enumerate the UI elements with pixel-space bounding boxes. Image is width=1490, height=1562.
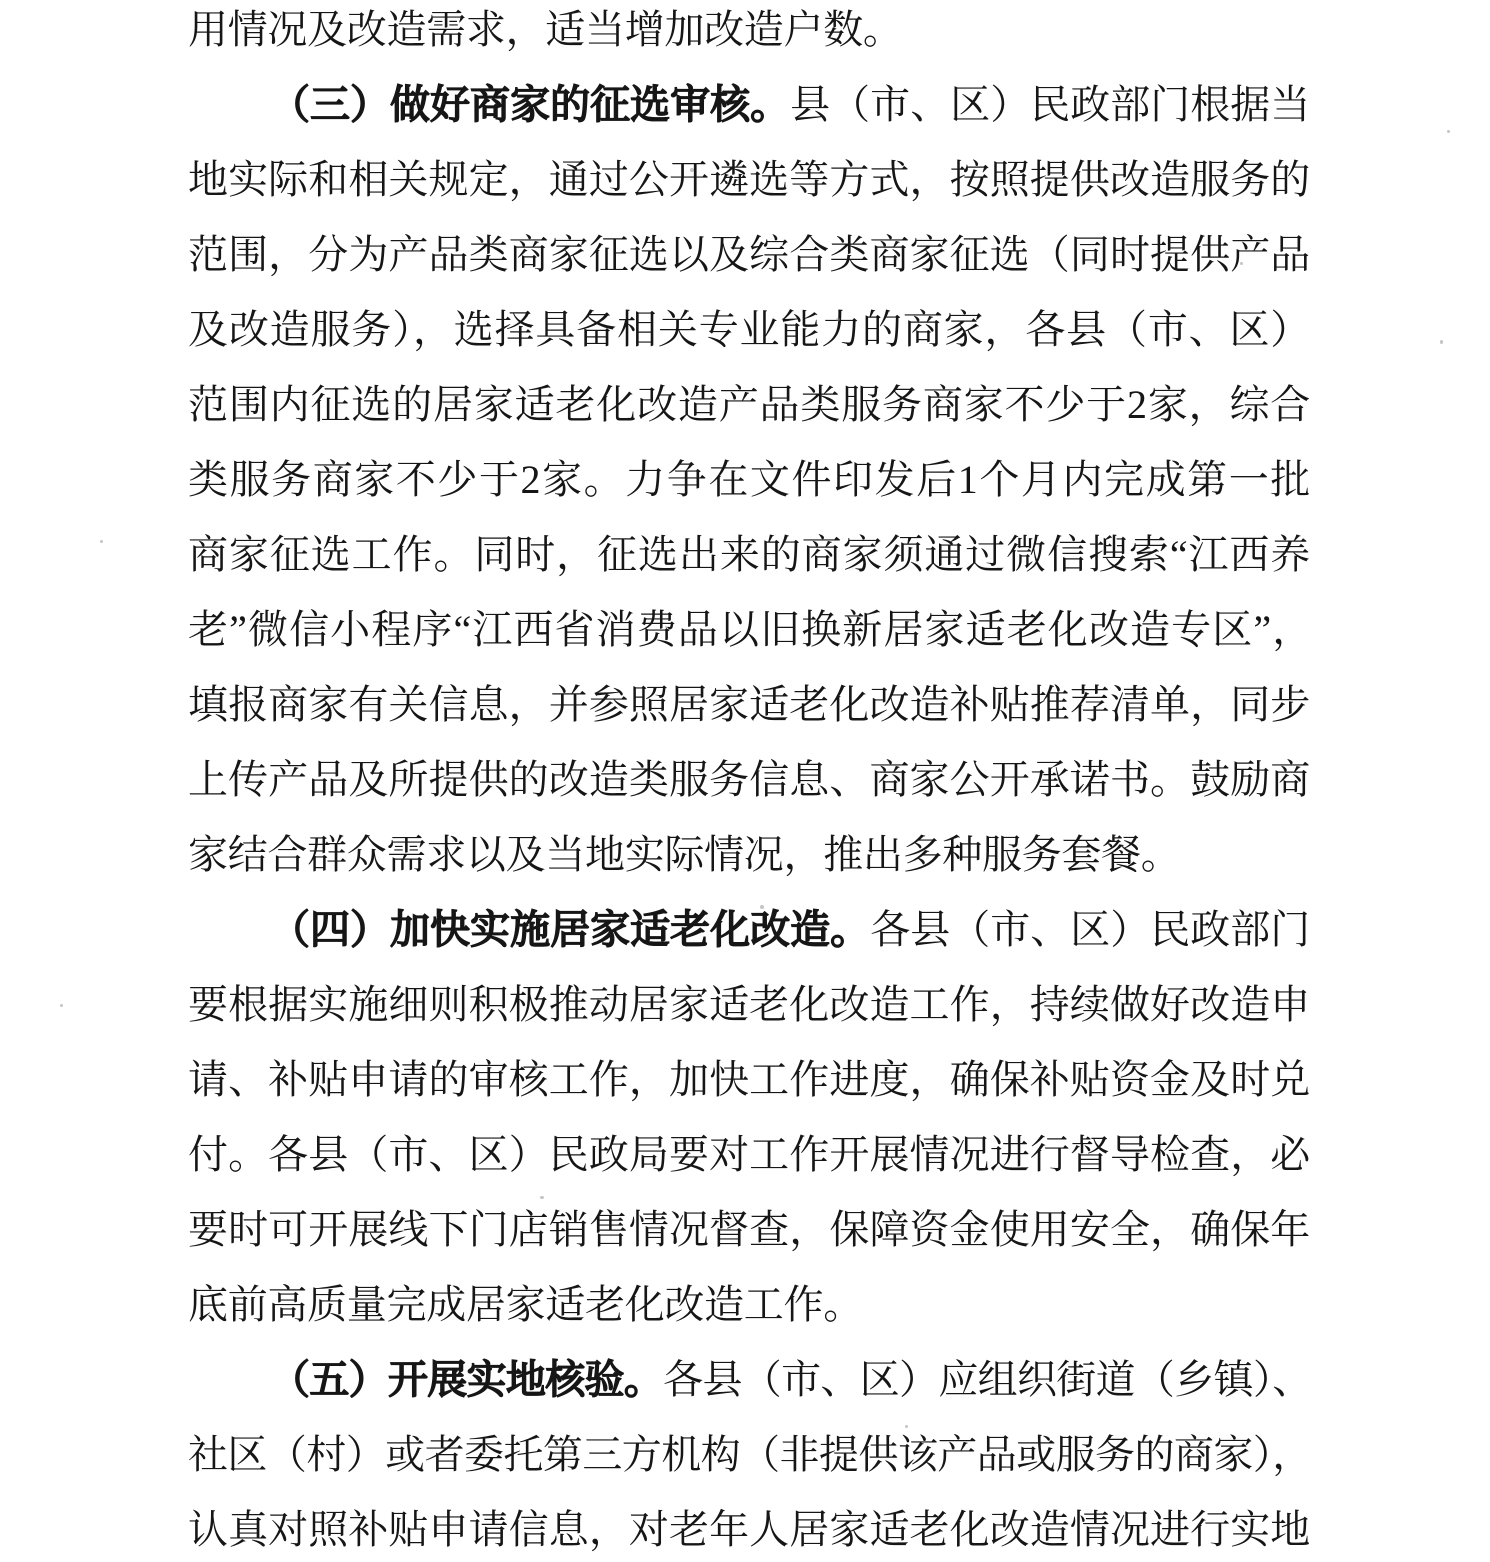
scan-speckle	[836, 318, 840, 321]
scan-speckle	[905, 1425, 908, 1428]
text-line: 老”微信小程序“江西省消费品以旧换新居家适老化改造专区”，	[188, 592, 1310, 667]
line-text: 各县（市、区）民政部门	[870, 907, 1310, 952]
line-text: 县（市、区）民政部门根据当	[790, 82, 1310, 127]
scan-speckle	[100, 540, 103, 543]
line-text: 社区（村）或者委托第三方机构（非提供该产品或服务的商家），	[188, 1432, 1310, 1477]
scan-speckle	[1240, 262, 1243, 265]
text-line-section-4-heading: （四）加快实施居家适老化改造。各县（市、区）民政部门	[188, 892, 1310, 967]
text-line: 社区（村）或者委托第三方机构（非提供该产品或服务的商家），	[188, 1417, 1310, 1492]
scan-speckle	[1440, 340, 1443, 344]
line-text: 要根据实施细则积极推动居家适老化改造工作，持续做好改造申	[188, 982, 1310, 1027]
text-line-section-3-heading: （三）做好商家的征选审核。县（市、区）民政部门根据当	[188, 67, 1310, 142]
text-line: 地实际和相关规定，通过公开遴选等方式，按照提供改造服务的	[188, 142, 1310, 217]
text-line: 认真对照补贴申请信息，对老年人居家适老化改造情况进行实地	[188, 1492, 1310, 1562]
document-text-block: 用情况及改造需求，适当增加改造户数。 （三）做好商家的征选审核。县（市、区）民政…	[188, 0, 1310, 1562]
line-text: 商家征选工作。同时，征选出来的商家须通过微信搜索“江西养	[188, 532, 1310, 577]
line-text: 各县（市、区）应组织街道（乡镇）、	[663, 1357, 1310, 1402]
text-line: 用情况及改造需求，适当增加改造户数。	[188, 0, 1310, 67]
scan-speckle	[60, 1004, 63, 1007]
text-line: 及改造服务），选择具备相关专业能力的商家，各县（市、区）	[188, 292, 1310, 367]
line-text: 认真对照补贴申请信息，对老年人居家适老化改造情况进行实地	[188, 1507, 1310, 1552]
text-line: 要根据实施细则积极推动居家适老化改造工作，持续做好改造申	[188, 967, 1310, 1042]
line-text: 付。各县（市、区）民政局要对工作开展情况进行督导检查，必	[188, 1132, 1310, 1177]
text-line: 范围，分为产品类商家征选以及综合类商家征选（同时提供产品	[188, 217, 1310, 292]
line-text: 范围，分为产品类商家征选以及综合类商家征选（同时提供产品	[188, 232, 1310, 277]
line-text: 要时可开展线下门店销售情况督查，保障资金使用安全，确保年	[188, 1207, 1310, 1252]
text-line: 填报商家有关信息，并参照居家适老化改造补贴推荐清单，同步	[188, 667, 1310, 742]
text-line: 底前高质量完成居家适老化改造工作。	[188, 1267, 1310, 1342]
scan-speckle	[690, 168, 694, 172]
line-text: 底前高质量完成居家适老化改造工作。	[188, 1282, 863, 1327]
line-text: 家结合群众需求以及当地实际情况，推出多种服务套餐。	[188, 832, 1181, 877]
section-heading: （三）做好商家的征选审核。	[270, 82, 790, 127]
line-text: 上传产品及所提供的改造类服务信息、商家公开承诺书。鼓励商	[188, 757, 1310, 802]
line-text: 填报商家有关信息，并参照居家适老化改造补贴推荐清单，同步	[188, 682, 1310, 727]
section-heading: （五）开展实地核验。	[270, 1357, 663, 1402]
line-text: 老”微信小程序“江西省消费品以旧换新居家适老化改造专区”，	[188, 607, 1310, 652]
line-text: 范围内征选的居家适老化改造产品类服务商家不少于2家，综合	[188, 382, 1310, 427]
document-page: 用情况及改造需求，适当增加改造户数。 （三）做好商家的征选审核。县（市、区）民政…	[0, 0, 1490, 1562]
line-text: 地实际和相关规定，通过公开遴选等方式，按照提供改造服务的	[188, 157, 1310, 202]
line-text: 及改造服务），选择具备相关专业能力的商家，各县（市、区）	[188, 307, 1310, 352]
text-line: 类服务商家不少于2家。力争在文件印发后1个月内完成第一批	[188, 442, 1310, 517]
scan-speckle	[540, 1196, 544, 1199]
line-text: 类服务商家不少于2家。力争在文件印发后1个月内完成第一批	[188, 457, 1310, 502]
text-line: 家结合群众需求以及当地实际情况，推出多种服务套餐。	[188, 817, 1310, 892]
text-line: 商家征选工作。同时，征选出来的商家须通过微信搜索“江西养	[188, 517, 1310, 592]
section-heading: （四）加快实施居家适老化改造。	[270, 907, 870, 952]
line-text: 用情况及改造需求，适当增加改造户数。	[188, 7, 903, 52]
scan-speckle	[760, 905, 764, 909]
text-line: 请、补贴申请的审核工作，加快工作进度，确保补贴资金及时兑	[188, 1042, 1310, 1117]
text-line: 上传产品及所提供的改造类服务信息、商家公开承诺书。鼓励商	[188, 742, 1310, 817]
text-line: 付。各县（市、区）民政局要对工作开展情况进行督导检查，必	[188, 1117, 1310, 1192]
text-line: 要时可开展线下门店销售情况督查，保障资金使用安全，确保年	[188, 1192, 1310, 1267]
text-line-section-5-heading: （五）开展实地核验。各县（市、区）应组织街道（乡镇）、	[188, 1342, 1310, 1417]
scan-speckle	[1447, 130, 1450, 133]
line-text: 请、补贴申请的审核工作，加快工作进度，确保补贴资金及时兑	[188, 1057, 1310, 1102]
text-line: 范围内征选的居家适老化改造产品类服务商家不少于2家，综合	[188, 367, 1310, 442]
